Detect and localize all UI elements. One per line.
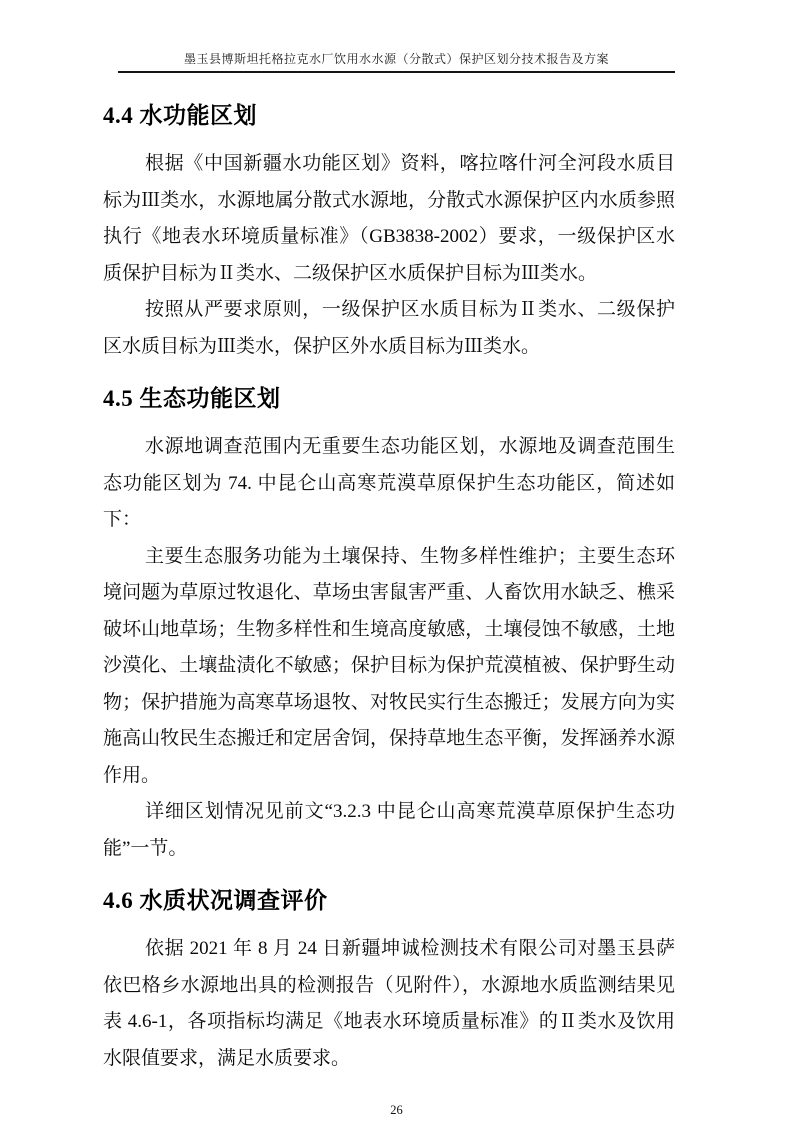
paragraph-4-6-1: 依据 2021 年 8 月 24 日新疆坤诚检测技术有限公司对墨玉县萨依巴格乡水… bbox=[103, 931, 675, 1077]
paragraph-4-5-2: 主要生态服务功能为土壤保持、生物多样性维护；主要生态环境问题为草原过牧退化、草场… bbox=[103, 539, 675, 795]
paragraph-4-5-3: 详细区划情况见前文“3.2.3 中昆仑山高寒荒漠草原保护生态功能”一节。 bbox=[103, 794, 675, 867]
header-divider-rule bbox=[118, 71, 675, 73]
paragraph-4-4-1: 根据《中国新疆水功能区划》资料，喀拉喀什河全河段水质目标为Ⅲ类水，水源地属分散式… bbox=[103, 146, 675, 292]
section-heading-4-4: 4.4 水功能区划 bbox=[103, 102, 675, 129]
paragraph-4-4-2: 按照从严要求原则，一级保护区水质目标为Ⅱ类水、二级保护区水质目标为Ⅲ类水，保护区… bbox=[103, 292, 675, 365]
page-number: 26 bbox=[390, 1103, 403, 1117]
document-page: 墨玉县博斯坦托格拉克水厂饮用水水源（分散式）保护区划分技术报告及方案 4.4 水… bbox=[0, 0, 793, 1122]
section-heading-4-5: 4.5 生态功能区划 bbox=[103, 385, 675, 412]
paragraph-4-5-1: 水源地调查范围内无重要生态功能区划，水源地及调查范围生态功能区划为 74. 中昆… bbox=[103, 429, 675, 539]
section-heading-4-6: 4.6 水质状况调查评价 bbox=[103, 887, 675, 914]
header-title: 墨玉县博斯坦托格拉克水厂饮用水水源（分散式）保护区划分技术报告及方案 bbox=[0, 52, 793, 67]
page-footer: 26 bbox=[0, 1103, 793, 1118]
page-header: 墨玉县博斯坦托格拉克水厂饮用水水源（分散式）保护区划分技术报告及方案 bbox=[0, 0, 793, 73]
document-body: 4.4 水功能区划 根据《中国新疆水功能区划》资料，喀拉喀什河全河段水质目标为Ⅲ… bbox=[103, 102, 675, 1077]
